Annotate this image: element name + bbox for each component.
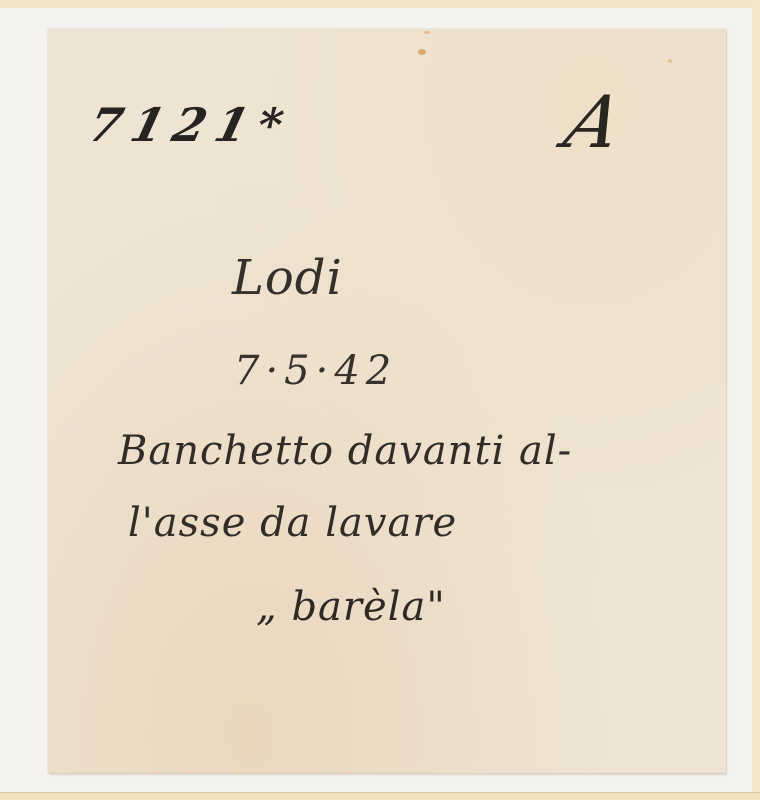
foxing-stain — [418, 49, 426, 55]
date: 7·5·42 — [234, 348, 397, 394]
place-name: Lodi — [232, 250, 343, 306]
mount-edge-right — [752, 0, 760, 800]
inventory-number: 7121* — [83, 98, 299, 152]
foxing-stain — [424, 31, 430, 34]
mount-edge-top — [0, 0, 760, 8]
description-line-1: Banchetto davanti al- — [118, 428, 572, 474]
mount-edge-bottom — [0, 792, 760, 800]
description-line-2: l'asse da lavare — [128, 500, 457, 546]
dialect-term: „ barèla" — [256, 584, 446, 630]
foxing-stain — [668, 59, 672, 63]
